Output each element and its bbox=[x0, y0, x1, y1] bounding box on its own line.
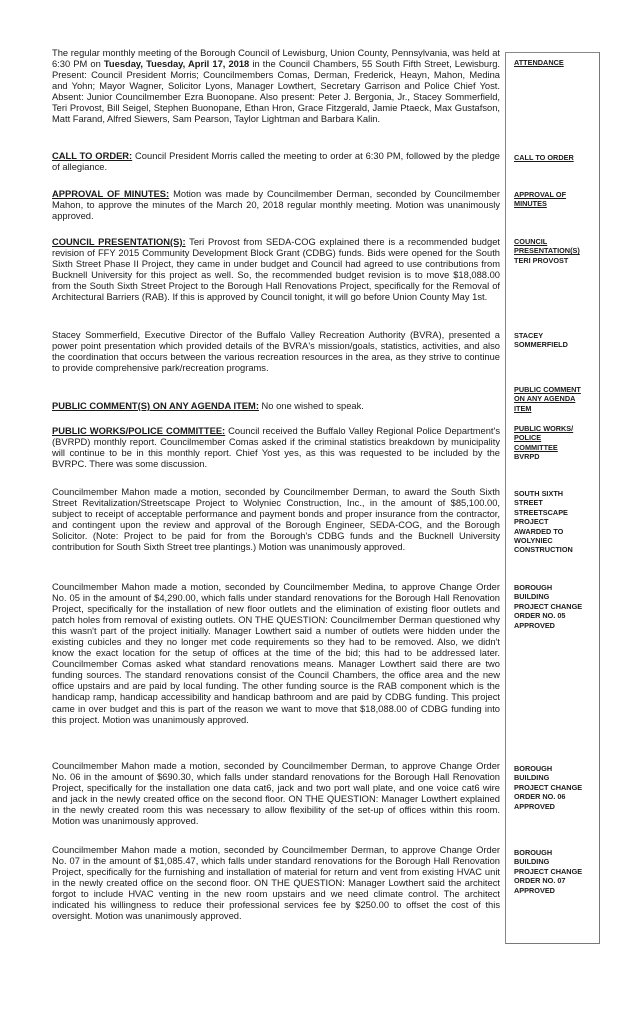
margin-note-line: TERI PROVOST bbox=[514, 256, 600, 265]
attendance-paragraph: The regular monthly meeting of the Borou… bbox=[52, 48, 500, 125]
change-order-05-paragraph: Councilmember Mahon made a motion, secon… bbox=[52, 582, 500, 726]
change-order-06-text: Councilmember Mahon made a motion, secon… bbox=[52, 761, 500, 826]
margin-note-line: PUBLIC COMMENT bbox=[514, 385, 600, 394]
margin-note-line: MINUTES bbox=[514, 199, 600, 208]
margin-note-south-sixth-street: SOUTH SIXTH STREET STREETSCAPE PROJECT A… bbox=[514, 489, 600, 555]
margin-note-call-to-order: CALL TO ORDER bbox=[514, 153, 600, 162]
margin-note-line: ORDER NO. 05 bbox=[514, 611, 600, 620]
margin-note-stacey-sommerfield: STACEY SOMMERFIELD bbox=[514, 331, 600, 350]
margin-note-line: STACEY bbox=[514, 331, 600, 340]
margin-note-line: POLICE bbox=[514, 433, 600, 442]
margin-note-line: ATTENDANCE bbox=[514, 58, 600, 67]
margin-note-public-comment: PUBLIC COMMENT ON ANY AGENDA ITEM bbox=[514, 385, 600, 413]
council-presentations-paragraph: COUNCIL PRESENTATION(S): Teri Provost fr… bbox=[52, 237, 500, 303]
margin-note-line: APPROVAL OF bbox=[514, 190, 600, 199]
margin-note-line: COUNCIL bbox=[514, 237, 600, 246]
call-to-order-paragraph: CALL TO ORDER: Council President Morris … bbox=[52, 151, 500, 173]
margin-note-line: CONSTRUCTION bbox=[514, 545, 600, 554]
approval-of-minutes-heading: APPROVAL OF MINUTES: bbox=[52, 189, 169, 199]
margin-note-line: PROJECT bbox=[514, 517, 600, 526]
margin-note-line: ON ANY AGENDA bbox=[514, 394, 600, 403]
margin-note-line: BUILDING bbox=[514, 773, 600, 782]
council-presentations-heading: COUNCIL PRESENTATION(S): bbox=[52, 237, 186, 247]
south-sixth-street-paragraph: Councilmember Mahon made a motion, secon… bbox=[52, 487, 500, 553]
margin-note-line: PRESENTATION(S) bbox=[514, 246, 600, 255]
call-to-order-heading: CALL TO ORDER: bbox=[52, 151, 132, 161]
public-comment-paragraph: PUBLIC COMMENT(S) ON ANY AGENDA ITEM: No… bbox=[52, 401, 500, 412]
margin-note-line: BUILDING bbox=[514, 592, 600, 601]
margin-note-line: BUILDING bbox=[514, 857, 600, 866]
margin-note-line: BOROUGH bbox=[514, 848, 600, 857]
margin-note-line: COMMITTEE bbox=[514, 443, 600, 452]
change-order-06-paragraph: Councilmember Mahon made a motion, secon… bbox=[52, 761, 500, 827]
margin-note-line: CALL TO ORDER bbox=[514, 153, 600, 162]
margin-note-line: STREET bbox=[514, 498, 600, 507]
margin-note-change-order-06: BOROUGH BUILDING PROJECT CHANGE ORDER NO… bbox=[514, 764, 600, 811]
margin-note-change-order-07: BOROUGH BUILDING PROJECT CHANGE ORDER NO… bbox=[514, 848, 600, 895]
margin-note-line: AWARDED TO bbox=[514, 527, 600, 536]
public-comment-text: No one wished to speak. bbox=[259, 401, 364, 411]
margin-note-line: SOUTH SIXTH bbox=[514, 489, 600, 498]
margin-note-line: PROJECT CHANGE bbox=[514, 783, 600, 792]
margin-note-line: APPROVED bbox=[514, 802, 600, 811]
public-works-police-paragraph: PUBLIC WORKS/POLICE COMMITTEE: Council r… bbox=[52, 426, 500, 470]
margin-note-line: ORDER NO. 06 bbox=[514, 792, 600, 801]
margin-note-line: PUBLIC WORKS/ bbox=[514, 424, 600, 433]
change-order-07-text: Councilmember Mahon made a motion, secon… bbox=[52, 845, 500, 921]
margin-note-line: ORDER NO. 07 bbox=[514, 876, 600, 885]
approval-of-minutes-paragraph: APPROVAL OF MINUTES: Motion was made by … bbox=[52, 189, 500, 222]
margin-note-line: APPROVED bbox=[514, 886, 600, 895]
margin-note-council-presentations: COUNCIL PRESENTATION(S) TERI PROVOST bbox=[514, 237, 600, 265]
change-order-05-text: Councilmember Mahon made a motion, secon… bbox=[52, 582, 500, 725]
margin-note-line: WOLYNIEC bbox=[514, 536, 600, 545]
meeting-date: Tuesday, Tuesday, April 17, 2018 bbox=[104, 59, 249, 69]
margin-note-line: APPROVED bbox=[514, 621, 600, 630]
change-order-07-paragraph: Councilmember Mahon made a motion, secon… bbox=[52, 845, 500, 922]
public-works-police-heading: PUBLIC WORKS/POLICE COMMITTEE: bbox=[52, 426, 225, 436]
margin-note-line: BOROUGH bbox=[514, 764, 600, 773]
margin-note-line: SOMMERFIELD bbox=[514, 340, 600, 349]
margin-note-line: BVRPD bbox=[514, 452, 600, 461]
margin-note-public-works-police: PUBLIC WORKS/ POLICE COMMITTEE BVRPD bbox=[514, 424, 600, 462]
margin-note-line: PROJECT CHANGE bbox=[514, 867, 600, 876]
margin-note-line: PROJECT CHANGE bbox=[514, 602, 600, 611]
margin-note-line: ITEM bbox=[514, 404, 600, 413]
margin-note-approval-of-minutes: APPROVAL OF MINUTES bbox=[514, 190, 600, 209]
margin-note-attendance: ATTENDANCE bbox=[514, 58, 600, 67]
public-comment-heading: PUBLIC COMMENT(S) ON ANY AGENDA ITEM: bbox=[52, 401, 259, 411]
margin-note-line: STREETSCAPE bbox=[514, 508, 600, 517]
margin-note-line: BOROUGH bbox=[514, 583, 600, 592]
margin-note-change-order-05: BOROUGH BUILDING PROJECT CHANGE ORDER NO… bbox=[514, 583, 600, 630]
stacey-sommerfield-text: Stacey Sommerfield, Executive Director o… bbox=[52, 330, 500, 373]
stacey-sommerfield-paragraph: Stacey Sommerfield, Executive Director o… bbox=[52, 330, 500, 374]
south-sixth-street-text: Councilmember Mahon made a motion, secon… bbox=[52, 487, 500, 552]
